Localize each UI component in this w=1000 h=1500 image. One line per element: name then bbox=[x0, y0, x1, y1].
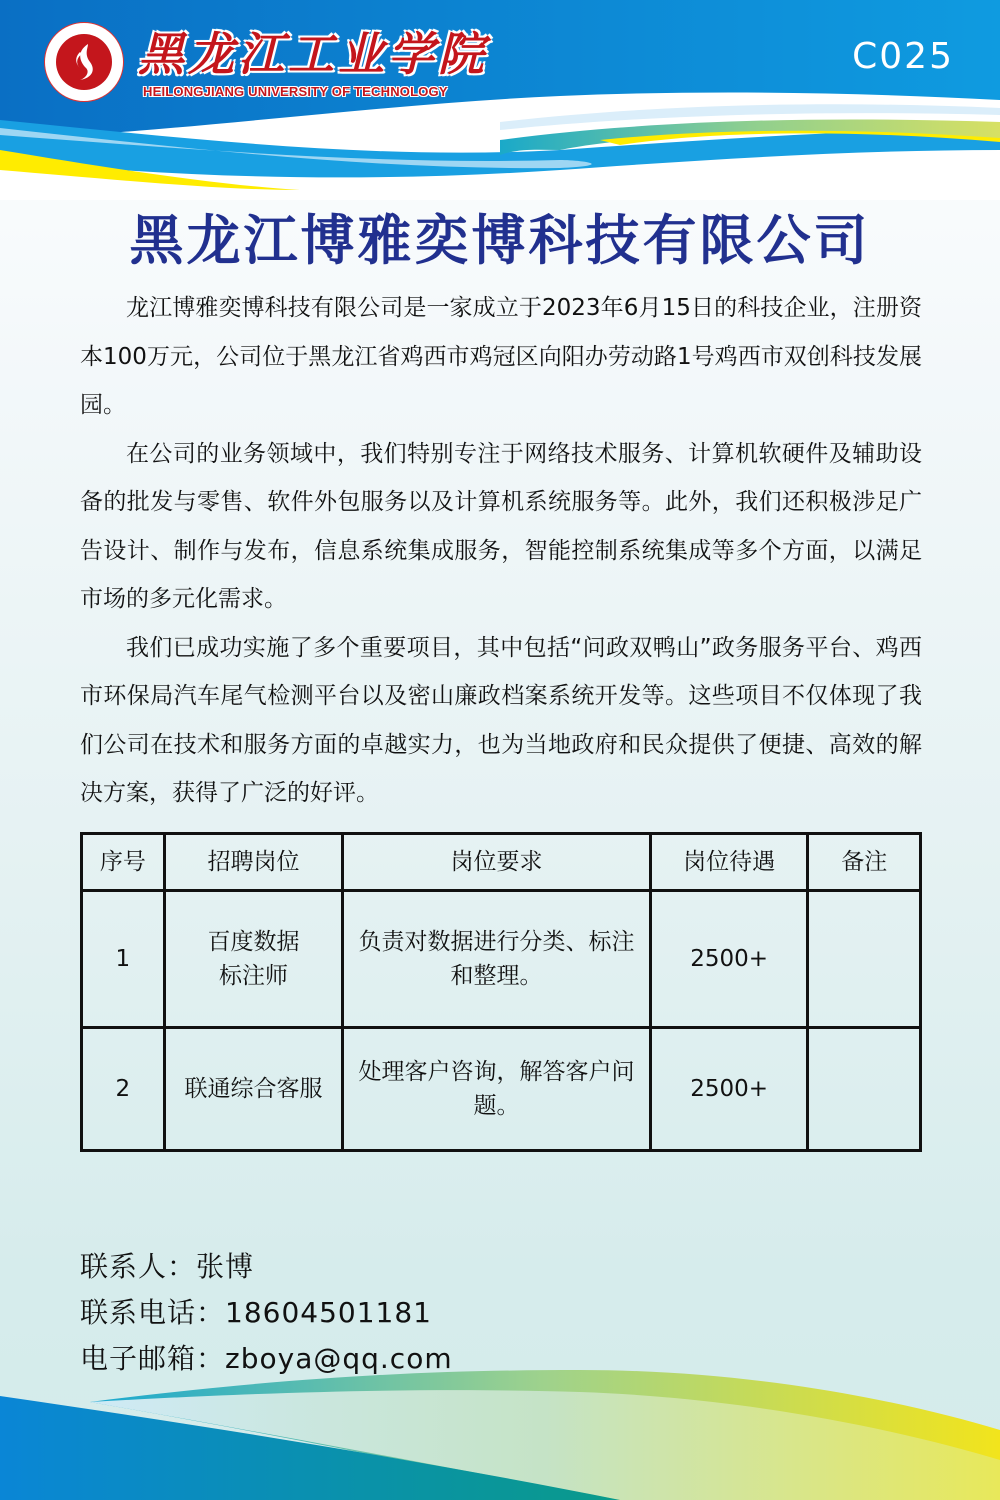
contact-info: 联系人： 张博 联系电话： 18604501181 电子邮箱： zboya@qq… bbox=[80, 1244, 453, 1382]
contact-phone-label: 联系电话： bbox=[80, 1290, 225, 1336]
contact-person: 张博 bbox=[196, 1244, 254, 1290]
intro-paragraph-1: 龙江博雅奕博科技有限公司是一家成立于2023年6月15日的科技企业，注册资本10… bbox=[80, 284, 922, 430]
contact-phone-row: 联系电话： 18604501181 bbox=[80, 1290, 453, 1336]
header-salary: 岗位待遇 bbox=[650, 834, 808, 891]
header-note: 备注 bbox=[808, 834, 921, 891]
recruitment-table: 序号 招聘岗位 岗位要求 岗位待遇 备注 1 百度数据标注师 负责对数据进行分类… bbox=[80, 832, 922, 1152]
company-title: 黑龙江博雅奕博科技有限公司 bbox=[0, 206, 1000, 276]
table-row: 1 百度数据标注师 负责对数据进行分类、标注和整理。 2500+ bbox=[82, 891, 921, 1028]
intro-paragraph-2: 在公司的业务领域中，我们特别专注于网络技术服务、计算机软硬件及辅助设备的批发与零… bbox=[80, 430, 922, 624]
university-name-cn: 黑龙江工业学院 bbox=[138, 26, 488, 82]
table-row: 2 联通综合客服 处理客户咨询，解答客户问题。 2500+ bbox=[82, 1028, 921, 1151]
university-emblem-icon bbox=[44, 22, 124, 102]
header-requirement: 岗位要求 bbox=[343, 834, 651, 891]
footer-wave-background bbox=[0, 1370, 1000, 1500]
poster-code: C025 bbox=[852, 36, 954, 77]
cell-no: 2 bbox=[82, 1028, 165, 1151]
contact-person-row: 联系人： 张博 bbox=[80, 1244, 453, 1290]
contact-phone[interactable]: 18604501181 bbox=[225, 1290, 432, 1336]
table-header-row: 序号 招聘岗位 岗位要求 岗位待遇 备注 bbox=[82, 834, 921, 891]
header-position: 招聘岗位 bbox=[164, 834, 343, 891]
flame-icon bbox=[66, 42, 102, 82]
cell-requirement: 处理客户咨询，解答客户问题。 bbox=[343, 1028, 651, 1151]
cell-requirement: 负责对数据进行分类、标注和整理。 bbox=[343, 891, 651, 1028]
company-introduction: 龙江博雅奕博科技有限公司是一家成立于2023年6月15日的科技企业，注册资本10… bbox=[80, 284, 922, 818]
cell-note bbox=[808, 891, 921, 1028]
cell-salary: 2500+ bbox=[650, 891, 808, 1028]
contact-person-label: 联系人： bbox=[80, 1244, 196, 1290]
header-no: 序号 bbox=[82, 834, 165, 891]
cell-position: 联通综合客服 bbox=[164, 1028, 343, 1151]
cell-note bbox=[808, 1028, 921, 1151]
university-name-en: HEILONGJIANG UNIVERSITY OF TECHNOLOGY bbox=[143, 84, 448, 99]
university-logo bbox=[44, 22, 126, 104]
cell-no: 1 bbox=[82, 891, 165, 1028]
cell-position: 百度数据标注师 bbox=[164, 891, 343, 1028]
intro-paragraph-3: 我们已成功实施了多个重要项目，其中包括“问政双鸭山”政务服务平台、鸡西市环保局汽… bbox=[80, 624, 922, 818]
cell-salary: 2500+ bbox=[650, 1028, 808, 1151]
